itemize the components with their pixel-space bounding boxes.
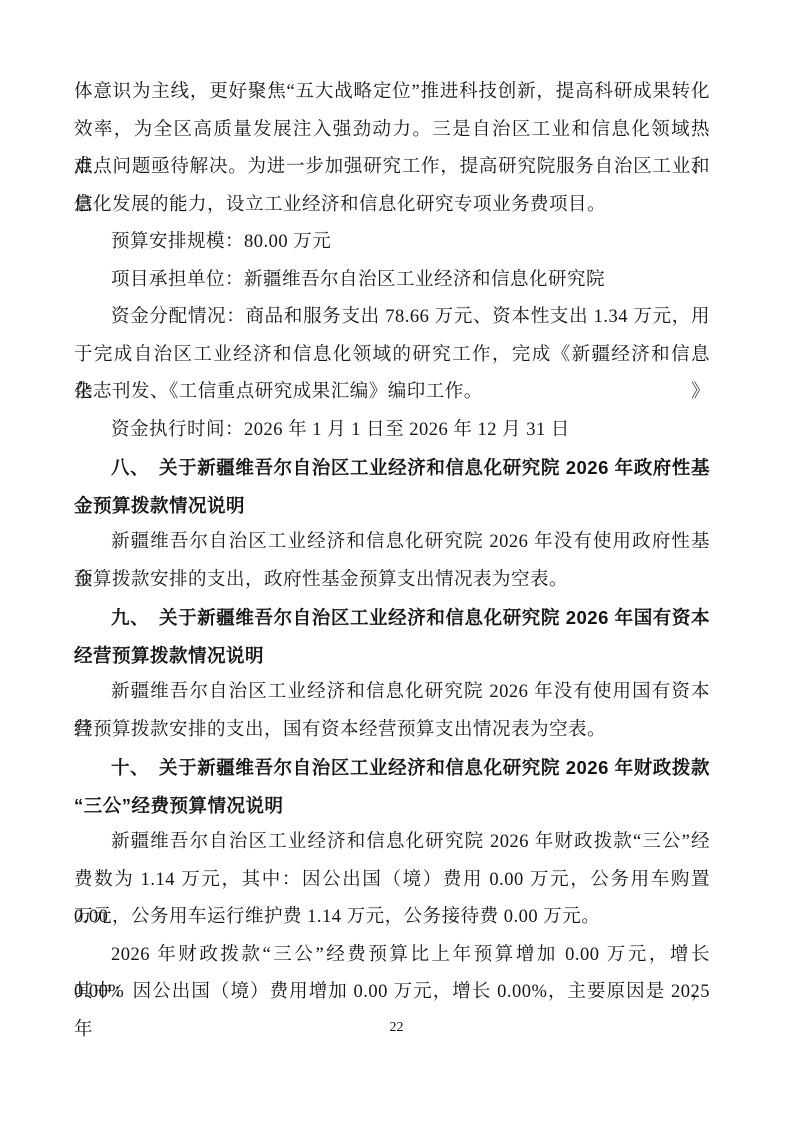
section-10-body: 新疆维吾尔自治区工业经济和信息化研究院 2026 年财政拨款“三公”经费数为 1… (74, 824, 710, 937)
text-line: 于完成自治区工业经济和信息化领域的研究工作，完成《新疆经济和信息化》 (74, 337, 710, 375)
section-10-heading: 十、 关于新疆维吾尔自治区工业经济和信息化研究院 2026 年财政拨款“三公”经… (74, 749, 710, 824)
text-line: 新疆维吾尔自治区工业经济和信息化研究院 2026 年财政拨款“三公”经 (74, 824, 710, 862)
section-9-body: 新疆维吾尔自治区工业经济和信息化研究院 2026 年没有使用国有资本经营预算拨款… (74, 674, 710, 749)
heading-line: 九、 关于新疆维吾尔自治区工业经济和信息化研究院 2026 年国有资本 (74, 599, 710, 637)
text-line: 营预算拨款安排的支出，国有资本经营预算支出情况表为空表。 (74, 712, 710, 750)
continued-paragraph: 体意识为主线，更好聚焦“五大战略定位”推进科技创新，提高科研成果转化效率，为全区… (74, 74, 710, 224)
text-line: 资金执行时间：2026 年 1 月 1 日至 2026 年 12 月 31 日 (74, 412, 710, 450)
text-line: 2026 年财政拨款“三公”经费预算比上年预算增加 0.00 万元，增长 0.0… (74, 937, 710, 975)
project-undertaker: 项目承担单位：新疆维吾尔自治区工业经济和信息化研究院 (74, 262, 710, 300)
three-public-comparison: 2026 年财政拨款“三公”经费预算比上年预算增加 0.00 万元，增长 0.0… (74, 937, 710, 1012)
text-line: 万元，公务用车运行维护费 1.14 万元，公务接待费 0.00 万元。 (74, 899, 710, 937)
section-8-body: 新疆维吾尔自治区工业经济和信息化研究院 2026 年没有使用政府性基金预算拨款安… (74, 524, 710, 599)
document-content: 体意识为主线，更好聚焦“五大战略定位”推进科技创新，提高科研成果转化效率，为全区… (74, 74, 710, 1012)
fund-allocation: 资金分配情况：商品和服务支出 78.66 万元、资本性支出 1.34 万元，用于… (74, 299, 710, 412)
text-line: 效率，为全区高质量发展注入强劲动力。三是自治区工业和信息化领域热点、 (74, 112, 710, 150)
text-line: 其中：因公出国（境）费用增加 0.00 万元，增长 0.00%，主要原因是 20… (74, 974, 710, 1012)
text-line: 项目承担单位：新疆维吾尔自治区工业经济和信息化研究院 (74, 262, 710, 300)
text-line: 新疆维吾尔自治区工业经济和信息化研究院 2026 年没有使用政府性基金 (74, 524, 710, 562)
text-line: 新疆维吾尔自治区工业经济和信息化研究院 2026 年没有使用国有资本经 (74, 674, 710, 712)
section-8-heading: 八、 关于新疆维吾尔自治区工业经济和信息化研究院 2026 年政府性基金预算拨款… (74, 449, 710, 524)
text-line: 费数为 1.14 万元，其中：因公出国（境）费用 0.00 万元，公务用车购置 … (74, 862, 710, 900)
text-line: 资金分配情况：商品和服务支出 78.66 万元、资本性支出 1.34 万元，用 (74, 299, 710, 337)
section-9-heading: 九、 关于新疆维吾尔自治区工业经济和信息化研究院 2026 年国有资本经营预算拨… (74, 599, 710, 674)
page-number: 22 (0, 1018, 793, 1038)
budget-scale: 预算安排规模：80.00 万元 (74, 224, 710, 262)
fund-execution-time: 资金执行时间：2026 年 1 月 1 日至 2026 年 12 月 31 日 (74, 412, 710, 450)
text-line: 预算拨款安排的支出，政府性基金预算支出情况表为空表。 (74, 562, 710, 600)
heading-line: “三公”经费预算情况说明 (74, 787, 710, 825)
document-page: 体意识为主线，更好聚焦“五大战略定位”推进科技创新，提高科研成果转化效率，为全区… (0, 0, 793, 1122)
text-line: 难点问题亟待解决。为进一步加强研究工作，提高研究院服务自治区工业和信 (74, 149, 710, 187)
heading-line: 十、 关于新疆维吾尔自治区工业经济和信息化研究院 2026 年财政拨款 (74, 749, 710, 787)
text-line: 体意识为主线，更好聚焦“五大战略定位”推进科技创新，提高科研成果转化 (74, 74, 710, 112)
heading-line: 金预算拨款情况说明 (74, 487, 710, 525)
text-line: 预算安排规模：80.00 万元 (74, 224, 710, 262)
heading-line: 经营预算拨款情况说明 (74, 637, 710, 675)
text-line: 息化发展的能力，设立工业经济和信息化研究专项业务费项目。 (74, 187, 710, 225)
heading-line: 八、 关于新疆维吾尔自治区工业经济和信息化研究院 2026 年政府性基 (74, 449, 710, 487)
